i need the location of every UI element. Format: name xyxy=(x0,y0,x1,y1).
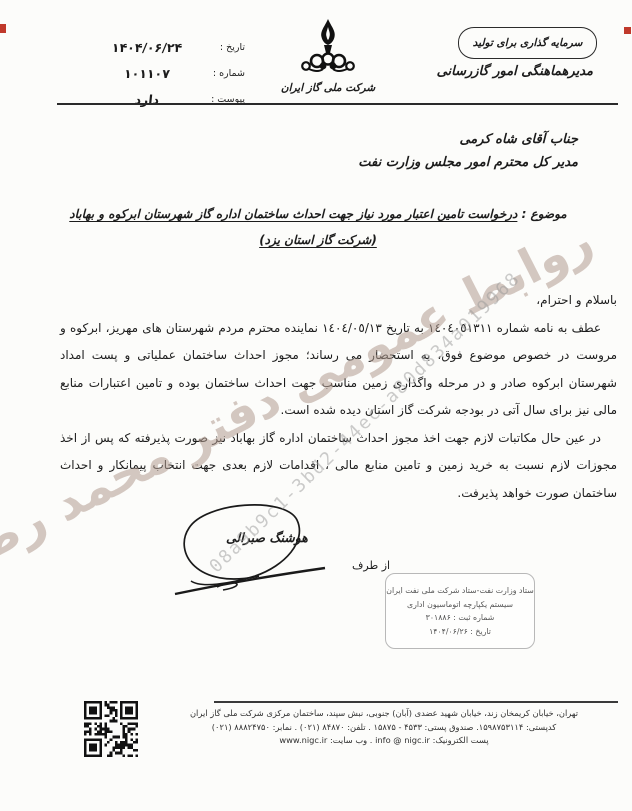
footer-contact-block: تهران، خیابان کریمخان زند، خیابان شهید ع… xyxy=(150,707,618,748)
subject-line2: (شرکت گاز استان یزد) xyxy=(58,230,578,250)
header-divider-line xyxy=(57,103,618,105)
footer-address: تهران، خیابان کریمخان زند، خیابان شهید ع… xyxy=(150,707,618,721)
subject-label: موضوع : xyxy=(517,207,566,221)
number-value: ۱۰۱۱۰۷ xyxy=(94,66,200,81)
recipient-block: جناب آقای شاه کرمی مدیر کل محترم امور مج… xyxy=(358,128,578,174)
subject-text: درخواست تامین اعتبار مورد نیاز جهت احداث… xyxy=(69,207,517,221)
nigc-torch-flame-logo-icon xyxy=(295,18,361,76)
qr-code xyxy=(84,701,138,757)
registration-stamp-box: ستاد وزارت نفت-ستاد شرکت ملی نفت ایران س… xyxy=(385,573,535,649)
slogan-text: سرمایه گذاری برای تولید xyxy=(473,37,583,49)
stamp-line-2: سیستم یکپارچه اتوماسیون اداری xyxy=(386,598,534,612)
meta-row-date: تاریخ : ۱۴۰۴/۰۶/۲۴ xyxy=(95,34,245,60)
meta-row-number: شماره : ۱۰۱۱۰۷ xyxy=(95,60,245,86)
scan-red-mark-left xyxy=(0,24,6,33)
recipient-name: جناب آقای شاه کرمی xyxy=(358,128,578,151)
scan-red-mark-right xyxy=(624,27,631,34)
stamp-line-1: ستاد وزارت نفت-ستاد شرکت ملی نفت ایران xyxy=(386,584,534,598)
company-name: شرکت ملی گاز ایران xyxy=(278,82,378,94)
on-behalf-label: از طرف xyxy=(352,559,390,572)
recipient-title: مدیر کل محترم امور مجلس وزارت نفت xyxy=(358,151,578,174)
number-label: شماره : xyxy=(199,68,245,79)
stamp-registration-number: شماره ثبت : ۳۰۱۸۸۶ xyxy=(386,611,534,625)
subject-block: موضوع : درخواست تامین اعتبار مورد نیاز ج… xyxy=(58,204,578,250)
date-value: ۱۴۰۴/۰۶/۲۴ xyxy=(94,40,200,55)
letter-meta-fields: تاریخ : ۱۴۰۴/۰۶/۲۴ شماره : ۱۰۱۱۰۷ پیوست … xyxy=(95,34,245,112)
meta-row-attachment: پیوست : دارد xyxy=(95,86,245,112)
salutation: باسلام و احترام، xyxy=(60,287,617,315)
subject-line1: موضوع : درخواست تامین اعتبار مورد نیاز ج… xyxy=(58,204,578,224)
handwritten-signature-icon xyxy=(163,494,335,600)
footer-divider-line xyxy=(214,701,618,703)
footer-online: پست الکترونیک: info @ nigc.ir . وب سایت:… xyxy=(150,734,618,748)
stamp-date: تاریخ : ۱۴۰۴/۰۶/۲۶ xyxy=(386,625,534,639)
slogan-cartouche: سرمایه گذاری برای تولید xyxy=(458,27,597,59)
company-logo-block: شرکت ملی گاز ایران xyxy=(278,18,378,94)
scanned-letter-page: تاریخ : ۱۴۰۴/۰۶/۲۴ شماره : ۱۰۱۱۰۷ پیوست … xyxy=(0,0,632,811)
date-label: تاریخ : xyxy=(199,42,245,53)
body-paragraph-2: در عین حال مکاتبات لازم جهت اخذ مجوز احد… xyxy=(60,425,617,508)
footer-contact: کدپستی: ۱۵۹۸۷۵۳۱۱۴. صندوق پستی: ۴۵۳۳ - ۱… xyxy=(150,721,618,735)
body-paragraph-1: عطف به نامه شماره ١٤٠٤٠٥١٣١١ به تاریخ ١٤… xyxy=(60,315,617,425)
letter-body: باسلام و احترام، عطف به نامه شماره ١٤٠٤٠… xyxy=(60,287,617,507)
department-title: مدیرهماهنگی امور گازرسانی xyxy=(438,64,593,79)
